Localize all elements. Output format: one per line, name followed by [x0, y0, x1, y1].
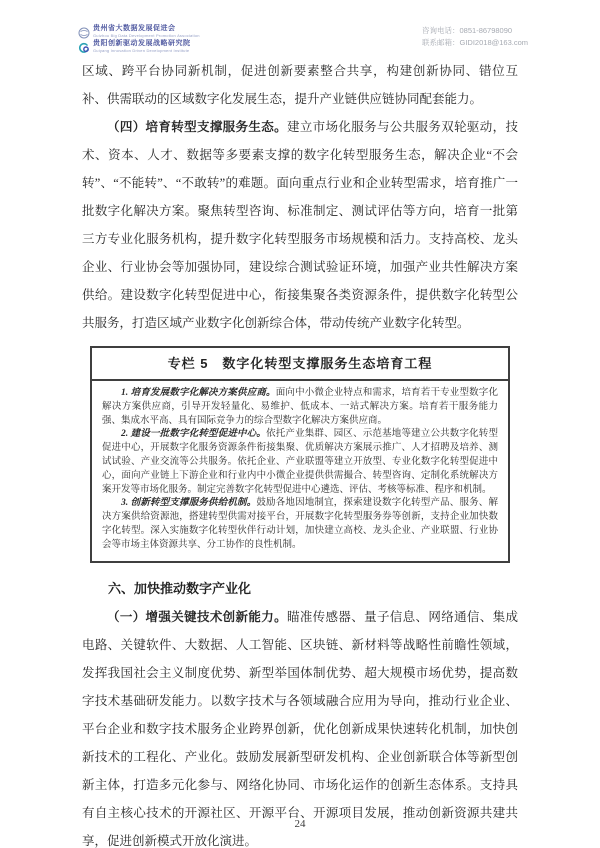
email-label: 联系邮箱： [422, 38, 460, 47]
document-page: 贵州省大数据发展促进会 Guizhou Big Data Development… [0, 0, 600, 848]
association-name-block: 贵州省大数据发展促进会 Guizhou Big Data Development… [93, 25, 200, 38]
institute-name-block: 贵阳创新驱动发展战略研究院 Guiyang Innovation Driven … [93, 40, 191, 53]
box-item-3: 3. 创新转型支撑服务供给机制。鼓励各地因地制宜，探索建设数字化转型产品、服务、… [102, 497, 498, 552]
column-box-body: 1. 培育发展数字化解决方案供应商。面向中小微企业特点和需求，培育若干专业型数字… [92, 381, 508, 561]
column-box-5: 专栏 5 数字化转型支撑服务生态培育工程 1. 培育发展数字化解决方案供应商。面… [90, 346, 510, 563]
contact-info: 咨询电话：0851-86798090 联系邮箱：GIDI2018@163.com [422, 25, 528, 49]
paragraph-continuation: 区域、跨平台协同新机制，促进创新要素整合共享，构建创新协同、错位互补、供需联动的… [82, 57, 518, 113]
paragraph-section1: （一）增强关键技术创新能力。瞄准传感器、量子信息、网络通信、集成电路、关键软件、… [82, 603, 518, 848]
paragraph-section4: （四）培育转型支撑服务生态。建立市场化服务与公共服务双轮驱动，技术、资本、人才、… [82, 113, 518, 337]
paragraph-section1-lead: （一）增强关键技术创新能力。 [107, 610, 287, 624]
phone-number: 0851-86798090 [460, 26, 513, 35]
institute-subtext: Guiyang Innovation Driven Development In… [93, 48, 191, 53]
contact-phone-line: 咨询电话：0851-86798090 [422, 25, 528, 37]
logo-institute: 贵阳创新驱动发展战略研究院 Guiyang Innovation Driven … [78, 40, 200, 53]
section-heading-6: 六、加快推动数字产业化 [82, 575, 518, 603]
page-number: 24 [0, 818, 600, 830]
phone-label: 咨询电话： [422, 26, 460, 35]
association-emblem-icon [78, 26, 90, 38]
contact-email-line: 联系邮箱：GIDI2018@163.com [422, 37, 528, 49]
box-item-2: 2. 建设一批数字化转型促进中心。依托产业集群、园区、示范基地等建立公共数字化转… [102, 428, 498, 497]
email-address: GIDI2018@163.com [460, 38, 528, 47]
box-item-3-lead: 3. 创新转型支撑服务供给机制。 [121, 498, 256, 508]
paragraph-section1-text: 瞄准传感器、量子信息、网络通信、集成电路、关键软件、大数据、人工智能、区块链、新… [82, 610, 518, 848]
page-header: 贵州省大数据发展促进会 Guizhou Big Data Development… [78, 25, 528, 53]
institute-name: 贵阳创新驱动发展战略研究院 [93, 40, 191, 48]
institute-emblem-icon [78, 41, 90, 53]
column-box-title: 专栏 5 数字化转型支撑服务生态培育工程 [92, 348, 508, 381]
box-item-2-lead: 2. 建设一批数字化转型促进中心。 [121, 429, 266, 439]
paragraph-section4-lead: （四）培育转型支撑服务生态。 [107, 120, 287, 134]
box-item-1-lead: 1. 培育发展数字化解决方案供应商。 [121, 388, 276, 398]
paragraph-section4-text: 建立市场化服务与公共服务双轮驱动，技术、资本、人才、数据等多要素支撑的数字化转型… [82, 120, 518, 330]
logo-association: 贵州省大数据发展促进会 Guizhou Big Data Development… [78, 25, 200, 38]
logo-group: 贵州省大数据发展促进会 Guizhou Big Data Development… [78, 25, 200, 53]
association-name: 贵州省大数据发展促进会 [93, 25, 200, 33]
box-item-1: 1. 培育发展数字化解决方案供应商。面向中小微企业特点和需求，培育若干专业型数字… [102, 387, 498, 428]
document-body: 区域、跨平台协同新机制，促进创新要素整合共享，构建创新协同、错位互补、供需联动的… [82, 57, 518, 848]
association-subtext: Guizhou Big Data Development Promotion A… [93, 33, 200, 38]
